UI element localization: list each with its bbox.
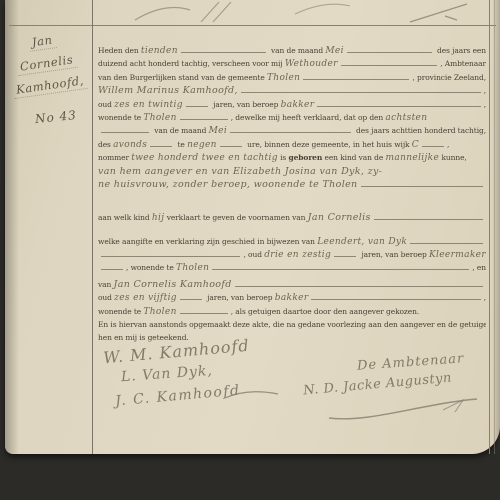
handwritten-month: Mei [325,45,343,57]
signature-witness2: J. C. Kamhoofd [115,383,242,410]
printed-text: kunne, [439,151,467,164]
blank-rule [311,291,480,300]
act-line-16: van Jan Cornelis Kamhoofd [98,278,486,291]
margin-column-rule [92,0,93,454]
printed-text: , oud [243,248,264,261]
printed-text: wonende te [98,305,143,318]
printed-text: oud [98,98,114,111]
act-line-12: aan welk kind hij verklaart te geven de … [98,211,486,224]
handwritten-district-letter: C [412,139,419,151]
printed-text: van den Burgerlijken stand van de gemeen… [98,71,267,84]
printed-text: , dewelke mij heeft verklaard, dat op de… [231,111,386,124]
blank-rule [241,84,481,93]
printed-text: , wonende te [126,261,176,274]
blank-rule [235,278,483,287]
printed-text: , [484,291,486,304]
printed-text: aan welk kind [98,211,152,224]
handwritten-municipality: Tholen [267,72,300,84]
printed-text: duizend acht honderd tachtig, verscheen … [98,57,285,70]
printed-text: wonende te [98,111,143,124]
printed-text: des jaars een [435,44,486,57]
handwritten-house-number: twee honderd twee en tachtig [131,152,278,164]
printed-text: , Ambtenaar [440,57,486,70]
act-line-8: des avonds te negen ure, binnen deze gem… [98,138,486,151]
register-page: Jan Cornelis Kamhoofd, No 43 Heden den t… [5,0,500,454]
handwritten-occupation: bakker [281,99,315,111]
printed-text: , [484,84,486,97]
blank-rule [180,111,228,120]
blank-rule [334,248,356,257]
act-line-17: oud zes en vijftig jaren, van beroep bak… [98,291,486,304]
printed-text: jaren, van beroep [211,98,281,111]
printed-text: Heden den [98,44,141,57]
printed-text: een kind van de [322,151,385,164]
printed-text: , [484,98,486,111]
handwritten-day: tienden [141,45,178,57]
blank-rule [303,71,409,80]
printed-text: verklaart te geven de voornamen van [164,211,307,224]
act-body: Heden den tienden van de maand Mei des j… [98,44,486,345]
handwritten-mother-line1: van hem aangever en van Elizabeth Josina… [98,165,382,178]
right-border-rule-2 [494,0,495,454]
printed-text: des jaars achttien honderd tachtig, [354,124,486,137]
printed-text: ure, binnen deze gemeente, in het huis w… [245,138,412,151]
handwritten-hour: negen [187,139,217,151]
blank-rule [341,57,437,66]
printed-text: , provincie Zeeland, [412,71,486,84]
handwritten-witness1-residence: Tholen [176,262,209,274]
act-line-5: oud zes en twintig jaren, van beroep bak… [98,98,486,111]
act-line-10: van hem aangever en van Elizabeth Josina… [98,165,486,178]
printed-text: welke aangifte en verklaring zijn geschi… [98,235,317,248]
blank-rule [230,124,351,133]
blank-rule [212,261,469,270]
blank-rule [101,261,123,270]
act-line-2: duizend acht honderd tachtig, verscheen … [98,57,486,70]
handwritten-birth-month: Mei [209,125,227,137]
handwritten-witness1-name: Leendert, van Dyk [317,236,407,248]
blank-rule [410,235,483,244]
blank-rule [181,44,266,53]
blank-rule [186,98,208,107]
act-line-6: wonende te Tholen, dewelke mij heeft ver… [98,111,486,124]
handwritten-age: zes en twintig [114,99,183,111]
act-line-9: nommer twee honderd twee en tachtig is g… [98,151,486,164]
act-line-7: van de maand Mei des jaars achttien hond… [98,124,486,137]
signature-flourish [325,396,485,424]
handwritten-mother-line2: ne huisvrouw, zonder beroep, woonende te… [98,178,358,191]
printed-text: oud [98,291,114,304]
printed-text: van de maand [152,124,209,137]
blank-rule [101,124,149,133]
handwritten-witness2-residence: Tholen [143,306,176,318]
act-line-14: , oud drie en zestig jaren, van beroep K… [98,248,486,261]
handwritten-witness2-name: Jan Cornelis Kamhoofd [114,278,232,291]
printed-text: is [278,151,289,164]
act-line-13: welke aangifte en verklaring zijn geschi… [98,235,486,248]
right-border-rule [489,0,490,454]
handwritten-witness1-occupation: Kleermaker [429,249,486,261]
handwritten-declarant-name: Willem Marinus Kamhoofd, [98,84,238,97]
act-line-4: Willem Marinus Kamhoofd,, [98,84,486,97]
margin-child-name-line1: Jan [28,32,57,52]
act-line-11: ne huisvrouw, zonder beroep, woonende te… [98,178,486,191]
printed-text: , als getuigen daartoe door den aangever… [231,305,419,318]
margin-child-name-line2: Cornelis [16,52,77,76]
printed-text: En is hiervan aanstonds opgemaakt deze a… [98,318,486,331]
act-line-15: , wonende te Tholen, en [98,261,486,274]
blank-rule [317,98,480,107]
printed-text: jaren, van beroep [205,291,275,304]
blank-rule [150,138,172,147]
act-number: No 43 [34,108,77,126]
printed-text: des [98,138,113,151]
handwritten-pronoun: hij [152,212,165,224]
handwritten-official-title: Wethouder [285,58,338,70]
blank-rule [422,138,444,147]
blank-rule [374,211,483,220]
act-line-3: van den Burgerlijken stand van de gemeen… [98,71,486,84]
handwritten-time-of-day: avonds [113,139,147,151]
act-line-1: Heden den tienden van de maand Mei des j… [98,44,486,57]
printed-text: van de maand [269,44,326,57]
act-line-19: En is hiervan aanstonds opgemaakt deze a… [98,318,486,331]
handwritten-birth-day: achtsten [385,112,427,124]
handwritten-child-names: Jan Cornelis [308,211,371,224]
signature-witness1: L. Van Dyk, [121,363,214,385]
margin-child-name-line3: Kamhoofd, [12,73,88,99]
blank-rule [361,178,483,187]
record-separator-line [9,25,496,26]
printed-text-bold: geboren [288,151,322,164]
signature-official-name: N. D. Jacke Augustyn [303,371,453,399]
handwritten-gender: mannelijke [386,152,440,164]
act-line-18: wonende te Tholen, als getuigen daartoe … [98,305,486,318]
printed-text: van [98,278,114,291]
handwritten-witness2-occupation: bakker [275,292,309,304]
printed-text: , en [472,261,486,274]
photo-background: Jan Cornelis Kamhoofd, No 43 Heden den t… [0,0,500,500]
printed-text: , [447,138,449,151]
blank-rule [220,138,242,147]
printed-text: te [175,138,187,151]
printed-text: nommer [98,151,131,164]
blank-rule [180,305,228,314]
handwritten-witness2-age: zes en vijftig [114,292,177,304]
blank-rule [180,291,202,300]
previous-act-flourish [5,0,500,26]
handwritten-residence: Tholen [143,112,176,124]
blank-rule [101,248,240,257]
handwritten-witness1-age: drie en zestig [264,249,331,261]
printed-text: jaren, van beroep [359,248,429,261]
blank-rule [347,44,432,53]
